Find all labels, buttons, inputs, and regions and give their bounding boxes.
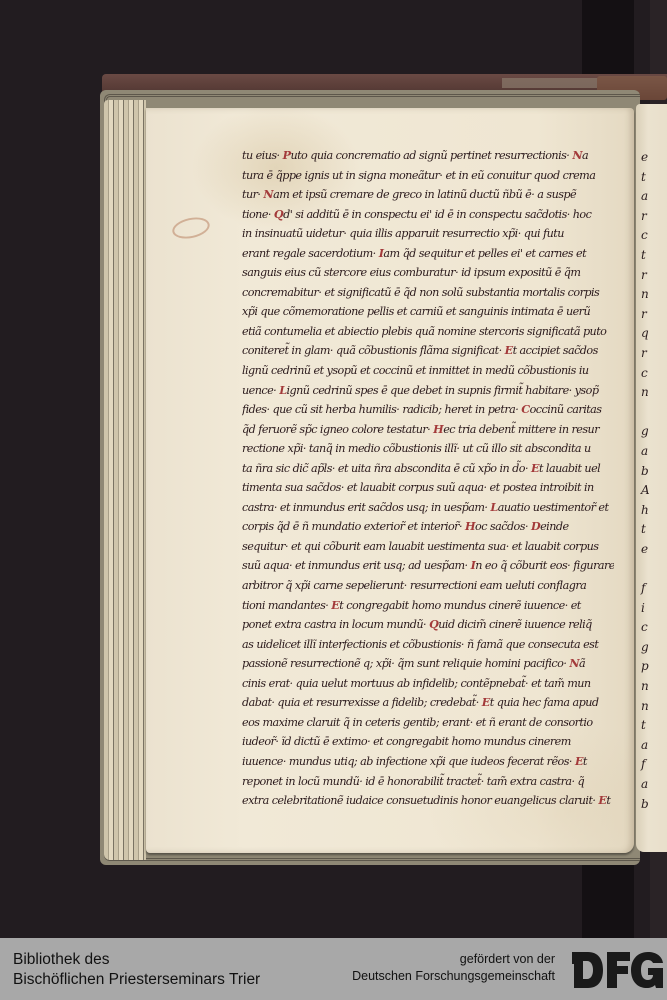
line-text: erant regale sacerdotium· xyxy=(242,247,379,260)
page-fore-edge xyxy=(104,100,146,860)
line-text: einde xyxy=(540,520,568,533)
rubricated-initial: L xyxy=(279,383,286,397)
manuscript-line: lignũ cedrinũ et ysopũ et coccinũ et… xyxy=(242,361,614,381)
rubricated-initial: H xyxy=(433,422,443,436)
manuscript-line: in insinuatũ uidetur· quia illis apparu… xyxy=(242,224,614,244)
recto-initial: f xyxy=(641,579,667,599)
recto-initial: n xyxy=(641,383,667,403)
recto-initial xyxy=(641,559,667,579)
manuscript-line: passionẽ resurrectionẽ q; xp̃i· q̃m su… xyxy=(242,654,614,674)
manuscript-text-block: tu eius· Puto quia concrematio ad signũ… xyxy=(242,146,614,811)
line-text: oc sac̃dos· xyxy=(475,520,531,533)
line-text: t accipiet sac̃dos xyxy=(513,344,598,357)
recto-initial: a xyxy=(641,775,667,795)
line-text: coniteret̃ in glam· quã cõbustionis fl… xyxy=(242,344,505,357)
recto-initial: e xyxy=(641,540,667,560)
line-text: ponet extra castra in locum mundũ· xyxy=(242,618,429,631)
line-text: dabat· quia et resurrexisse a fidelib; c… xyxy=(242,696,482,709)
recto-initial: b xyxy=(641,795,667,815)
manuscript-line: extra celebritationẽ iudaice consuetudi… xyxy=(242,791,614,811)
rubricated-initial: E xyxy=(482,695,490,709)
recto-initial: p xyxy=(641,657,667,677)
recto-initial xyxy=(641,403,667,423)
manuscript-line: tioni mandantes· Et congregabit homo mun… xyxy=(242,596,614,616)
rubricated-initial: H xyxy=(465,519,475,533)
rubricated-initial: E xyxy=(505,343,513,357)
line-text: uence· xyxy=(242,384,279,397)
rubricated-initial: C xyxy=(521,402,529,416)
manuscript-line: as uidelicet illĩ interfectionis et cõ… xyxy=(242,635,614,655)
manuscript-line: sanguis eius cũ stercore eius comburatu… xyxy=(242,263,614,283)
recto-initial: c xyxy=(641,226,667,246)
manuscript-line: cinis erat· quia uelut mortuus ab infide… xyxy=(242,674,614,694)
line-text: n eo q̃ cõburit eos· figurare xyxy=(475,559,614,572)
library-line-2: Bischöflichen Priesterseminars Trier xyxy=(13,970,260,990)
recto-initial: t xyxy=(641,168,667,188)
cover-label-strip xyxy=(502,78,602,88)
recto-initial: A xyxy=(641,481,667,501)
recto-initial: r xyxy=(641,305,667,325)
recto-initial: a xyxy=(641,442,667,462)
rubricated-initial: N xyxy=(572,148,582,162)
line-text: rectione xp̃i· tanq̃ in medio cõbustion… xyxy=(242,442,591,455)
manuscript-line: concremabitur· et significatũ ē q̃d no… xyxy=(242,283,614,303)
manuscript-page-verso: tu eius· Puto quia concrematio ad signũ… xyxy=(146,108,634,853)
manuscript-line: iudeor̃· ĩd dictũ ē extimo· et congre… xyxy=(242,732,614,752)
manuscript-page-recto-edge: etarctrnrqrcn gabAhte ficgpnntafab xyxy=(636,104,667,852)
rubricated-initial: N xyxy=(263,187,273,201)
line-text: passionẽ resurrectionẽ q; xp̃i· q̃m su… xyxy=(242,657,569,670)
recto-initial: a xyxy=(641,187,667,207)
library-line-1: Bibliothek des xyxy=(13,950,260,970)
recto-initial: t xyxy=(641,246,667,266)
line-text: tione· xyxy=(242,208,274,221)
line-text: cinis erat· quia uelut mortuus ab infide… xyxy=(242,677,591,690)
footer-bar: Bibliothek des Bischöflichen Priestersem… xyxy=(0,938,667,1000)
recto-initial: g xyxy=(641,422,667,442)
manuscript-line: rectione xp̃i· tanq̃ in medio cõbustion… xyxy=(242,439,614,459)
recto-initial: r xyxy=(641,344,667,364)
line-text: sanguis eius cũ stercore eius comburatu… xyxy=(242,266,580,279)
recto-initial: b xyxy=(641,462,667,482)
manuscript-line: castra· et inmundus erit sac̃dos usq; in… xyxy=(242,498,614,518)
rubricated-initial: Q xyxy=(429,617,438,631)
line-text: concremabitur· et significatũ ē q̃d no… xyxy=(242,286,599,299)
recto-initial: h xyxy=(641,501,667,521)
recto-initial: r xyxy=(641,207,667,227)
rubricated-initial: D xyxy=(531,519,540,533)
line-text: t quia hec fama apud xyxy=(490,696,599,709)
line-text: timenta sua sac̃dos· et lauabit corpus s… xyxy=(242,481,594,494)
manuscript-viewer: tu eius· Puto quia concrematio ad signũ… xyxy=(0,0,667,938)
manuscript-line: corpis q̃d ē ñ mundatio exterior̃ et i… xyxy=(242,517,614,537)
manuscript-line: uence· Lignũ cedrinũ spes ē que debet… xyxy=(242,381,614,401)
rubricated-initial: N xyxy=(569,656,579,670)
line-text: lignũ cedrinũ et ysopũ et coccinũ et… xyxy=(242,364,589,377)
line-text: q̃d feruorẽ sp̃c igneo colore testatur· xyxy=(242,423,433,436)
line-text: corpis q̃d ē ñ mundatio exterior̃ et i… xyxy=(242,520,465,533)
line-text: extra celebritationẽ iudaice consuetudi… xyxy=(242,794,598,807)
line-text: etiã contumelia et abiectio plebis quã… xyxy=(242,325,606,338)
rubricated-initial: Q xyxy=(274,207,283,221)
manuscript-line: q̃d feruorẽ sp̃c igneo colore testatur·… xyxy=(242,420,614,440)
manuscript-line: iuuence· mundus utiq; ab infectione xp̃i… xyxy=(242,752,614,772)
line-text: suũ aqua· et inmundus erit usq; ad uesp… xyxy=(242,559,471,572)
recto-initial: n xyxy=(641,285,667,305)
recto-initial: a xyxy=(641,736,667,756)
dfg-logo-icon xyxy=(572,952,664,988)
line-text: reponet in locũ mundũ· id ē honorabil… xyxy=(242,775,584,788)
manuscript-line: timenta sua sac̃dos· et lauabit corpus s… xyxy=(242,478,614,498)
line-text: tioni mandantes· xyxy=(242,599,331,612)
line-text: auatio uestimentor̃ et xyxy=(498,501,609,514)
recto-initial: c xyxy=(641,618,667,638)
rubricated-initial: E xyxy=(531,461,539,475)
funding-line-1: gefördert von der xyxy=(352,951,555,968)
manuscript-line: sequitur· et qui cõburit eam lauabit ue… xyxy=(242,537,614,557)
manuscript-line: tur· Nam et ipsũ cremare de greco in la… xyxy=(242,185,614,205)
line-text: am et ipsũ cremare de greco in latinũ … xyxy=(273,188,576,201)
manuscript-line: etiã contumelia et abiectio plebis quã… xyxy=(242,322,614,342)
recto-line-initials: etarctrnrqrcn gabAhte ficgpnntafab xyxy=(636,104,667,814)
line-text: tur· xyxy=(242,188,263,201)
manuscript-line: erant regale sacerdotium· Iam q̃d sequit… xyxy=(242,244,614,264)
recto-initial: r xyxy=(641,266,667,286)
line-text: iudeor̃· ĩd dictũ ē extimo· et congre… xyxy=(242,735,571,748)
line-text: d' si additũ ē in conspectu ei' id ē … xyxy=(283,208,591,221)
manuscript-line: dabat· quia et resurrexisse a fidelib; c… xyxy=(242,693,614,713)
recto-initial: f xyxy=(641,755,667,775)
manuscript-line: fides· que cũ sit herba humilis· radici… xyxy=(242,400,614,420)
line-text: a xyxy=(582,149,588,162)
rubricated-initial: E xyxy=(575,754,583,768)
line-text: ã xyxy=(579,657,585,670)
manuscript-line: tu eius· Puto quia concrematio ad signũ… xyxy=(242,146,614,166)
line-text: t xyxy=(606,794,610,807)
recto-initial: g xyxy=(641,638,667,658)
library-name: Bibliothek des Bischöflichen Priestersem… xyxy=(13,950,260,990)
line-text: ta ñra sic dic̃ ap̃ls· et uita ñra abs… xyxy=(242,462,531,475)
manuscript-line: tura ē q̃ppe ignis ut in signa moneãtu… xyxy=(242,166,614,186)
recto-initial: i xyxy=(641,599,667,619)
rubricated-initial: L xyxy=(490,500,497,514)
line-text: t congregabit homo mundus cinerẽ iuuenc… xyxy=(339,599,580,612)
line-text: eos maxime claruit q̃ in ceteris gentib;… xyxy=(242,716,593,729)
line-text: t lauabit uel xyxy=(539,462,600,475)
manuscript-line: coniteret̃ in glam· quã cõbustionis fl… xyxy=(242,341,614,361)
manuscript-line: arbitror q̃ xp̃i carne sepelierunt· resu… xyxy=(242,576,614,596)
manuscript-line: reponet in locũ mundũ· id ē honorabil… xyxy=(242,772,614,792)
line-text: uto quia concrematio ad signũ pertinet … xyxy=(290,149,572,162)
manuscript-line: tione· Qd' si additũ ē in conspectu ei… xyxy=(242,205,614,225)
line-text: ec tria debent̃ mittere in resur xyxy=(443,423,599,436)
recto-initial: t xyxy=(641,520,667,540)
funding-line-2: Deutschen Forschungsgemeinschaft xyxy=(352,968,555,985)
funding-notice: gefördert von der Deutschen Forschungsge… xyxy=(352,951,555,984)
line-text: as uidelicet illĩ interfectionis et cõ… xyxy=(242,638,598,651)
line-text: fides· que cũ sit herba humilis· radici… xyxy=(242,403,521,416)
recto-initial: q xyxy=(641,324,667,344)
manuscript-line: ponet extra castra in locum mundũ· Quid… xyxy=(242,615,614,635)
line-text: tura ē q̃ppe ignis ut in signa moneãtu… xyxy=(242,169,595,182)
line-text: arbitror q̃ xp̃i carne sepelierunt· resu… xyxy=(242,579,586,592)
line-text: am q̃d sequitur et pelles ei' et carnes … xyxy=(383,247,586,260)
line-text: uid dicim̃ cinerẽ iuuence reliq̃ xyxy=(438,618,592,631)
line-text: xp̃i que cõmemoratione pellis et carniu… xyxy=(242,305,590,318)
line-text: tu eius· xyxy=(242,149,283,162)
manuscript-line: eos maxime claruit q̃ in ceteris gentib;… xyxy=(242,713,614,733)
line-text: iuuence· mundus utiq; ab infectione xp̃i… xyxy=(242,755,575,768)
manuscript-line: xp̃i que cõmemoratione pellis et carniu… xyxy=(242,302,614,322)
line-text: castra· et inmundus erit sac̃dos usq; in… xyxy=(242,501,490,514)
line-text: in insinuatũ uidetur· quia illis apparu… xyxy=(242,227,564,240)
recto-initial: c xyxy=(641,364,667,384)
recto-initial: n xyxy=(641,677,667,697)
line-text: sequitur· et qui cõburit eam lauabit ue… xyxy=(242,540,598,553)
manuscript-line: suũ aqua· et inmundus erit usq; ad uesp… xyxy=(242,556,614,576)
recto-initial: e xyxy=(641,148,667,168)
manuscript-line: ta ñra sic dic̃ ap̃ls· et uita ñra abs… xyxy=(242,459,614,479)
recto-initial: n xyxy=(641,697,667,717)
line-text: t xyxy=(583,755,587,768)
parchment-stain xyxy=(170,214,211,241)
line-text: occinũ caritas xyxy=(530,403,602,416)
recto-initial: t xyxy=(641,716,667,736)
line-text: ignũ cedrinũ spes ē que debet in supn… xyxy=(287,384,599,397)
